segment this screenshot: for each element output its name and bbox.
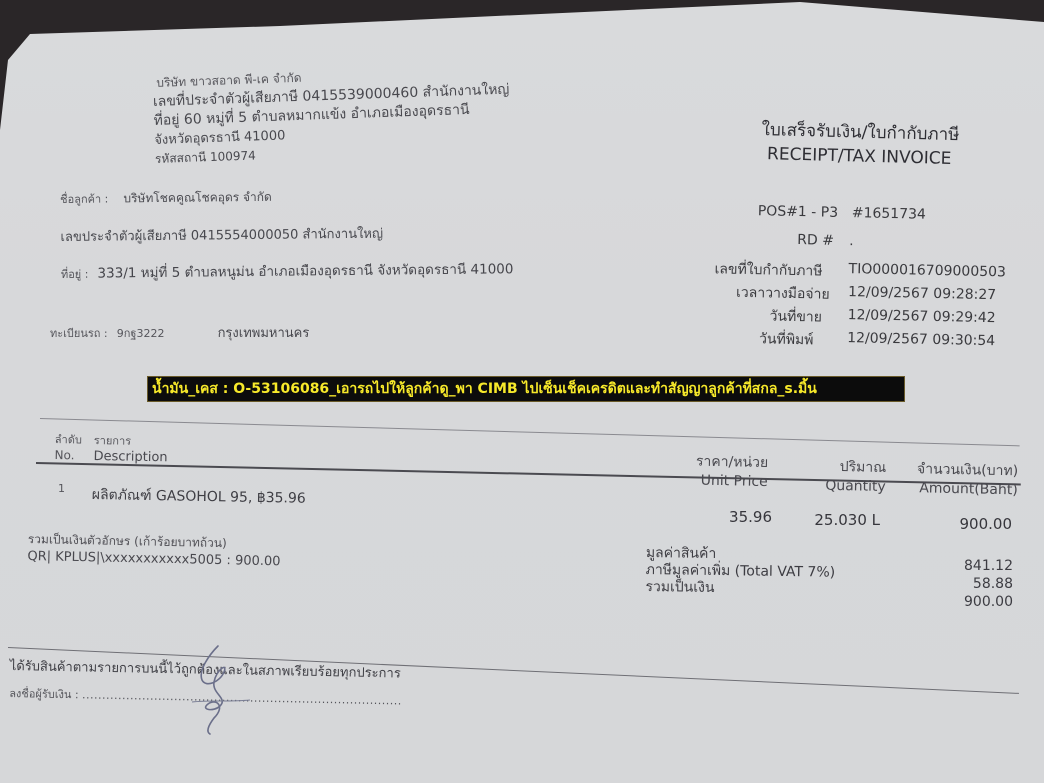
row-unit-price: 35.96 [690,508,772,526]
vat-value: 58.88 [930,575,1013,593]
handwritten-signature-icon [180,640,260,740]
invoice-meta: POS#1 - P3 #1651734 RD # . เลขที่ใบกำกับ… [697,202,700,350]
row-quantity: 25.030 L [800,511,880,529]
seller-block: บริษัท ขาวสอาด พี-เค จำกัด เลขที่ประจำตั… [152,62,512,169]
sale-date: 12/09/2567 09:29:42 [847,307,995,326]
customer-name: บริษัทโชคคูณโชคอุดร จำกัด [123,190,272,206]
total-value: 900.00 [930,593,1013,611]
header-amount-en: Amount(Baht) [888,480,1018,499]
customer-tax-id: เลขประจำตัวผู้เสียภาษี 0415554000050 สำน… [60,221,513,262]
tax-invoice-no-label: เลขที่ใบกำกับภาษี [714,258,822,282]
header-no-th: ลำดับ [55,430,82,448]
row-amount: 900.00 [920,515,1012,533]
customer-block: ชื่อลูกค้า : บริษัทโชคคูณโชคอุดร จำกัด เ… [60,183,514,316]
customer-address-label: ที่อยู่ : [61,268,89,281]
header-price-en: Unit Price [668,472,768,490]
nozzle-time-label: เวลาวางมือจ่าย [736,282,830,306]
sale-date-label: วันที่ขาย [769,305,822,328]
print-date: 12/09/2567 09:30:54 [847,330,995,349]
nozzle-time: 12/09/2567 09:28:27 [848,284,996,303]
payment-block: รวมเป็นเงินตัวอักษร (เก้าร้อยบาทถ้วน) QR… [27,530,281,571]
receipt-paper: บริษัท ขาวสอาด พี-เค จำกัด เลขที่ประจำตั… [0,0,1044,783]
signature-label: ลงชื่อผู้รับเงิน : [9,687,79,701]
plate-number: 9กฐ3222 [117,327,165,340]
title-english: RECEIPT/TAX INVOICE [761,142,959,171]
tax-invoice-no: TIO000016709000503 [848,261,1006,280]
annotation-banner: น้ำมัน_เคส : O-53106086_เอารถไปให้ลูกค้า… [147,376,905,402]
customer-name-label: ชื่อลูกค้า : [60,192,108,206]
rd-label: RD # [797,232,834,249]
header-no-en: No. [54,448,81,462]
rd-value: . [849,233,854,249]
vehicle-plate-row: ทะเบียนรถ : 9กฐ3222 กรุงเทพมหานคร [50,322,309,343]
row-description: ผลิตภัณฑ์ GASOHOL 95, ฿35.96 [92,484,306,510]
plate-label: ทะเบียนรถ : [50,327,108,340]
pos-label: POS#1 - P3 [758,203,839,221]
header-quantity: ปริมาณ Quantity [790,455,887,495]
header-qty-th: ปริมาณ [790,455,886,479]
header-price-th: ราคา/หน่วย [668,450,768,474]
total-label: รวมเป็นเงิน [645,579,835,599]
header-qty-en: Quantity [790,477,886,495]
header-unit-price: ราคา/หน่วย Unit Price [668,450,769,490]
header-no: ลำดับ No. [54,430,82,462]
header-description: รายการ Description [93,431,168,465]
pos-number: #1651734 [852,205,926,223]
document-title: ใบเสร็จรับเงิน/ใบกำกับภาษี RECEIPT/TAX I… [761,118,960,171]
totals-values: 841.12 58.88 900.00 [930,557,1013,611]
customer-address: 333/1 หมู่ที่ 5 ตำบลหนูม่น อำเภอเมืองอุด… [97,261,513,281]
header-desc-en: Description [93,449,167,465]
header-amount-th: จำนวนเงิน(บาท) [888,458,1018,483]
table-top-rule [40,418,1020,446]
print-date-label: วันที่พิมพ์ [759,328,814,351]
plate-province: กรุงเทพมหานคร [218,326,310,341]
subtotal-value: 841.12 [930,557,1013,575]
totals-labels: มูลค่าสินค้า ภาษีมูลค่าเพิ่ม (Total VAT … [645,545,835,599]
header-desc-th: รายการ [94,431,168,450]
header-amount: จำนวนเงิน(บาท) Amount(Baht) [888,458,1019,499]
row-no: 1 [58,482,65,495]
